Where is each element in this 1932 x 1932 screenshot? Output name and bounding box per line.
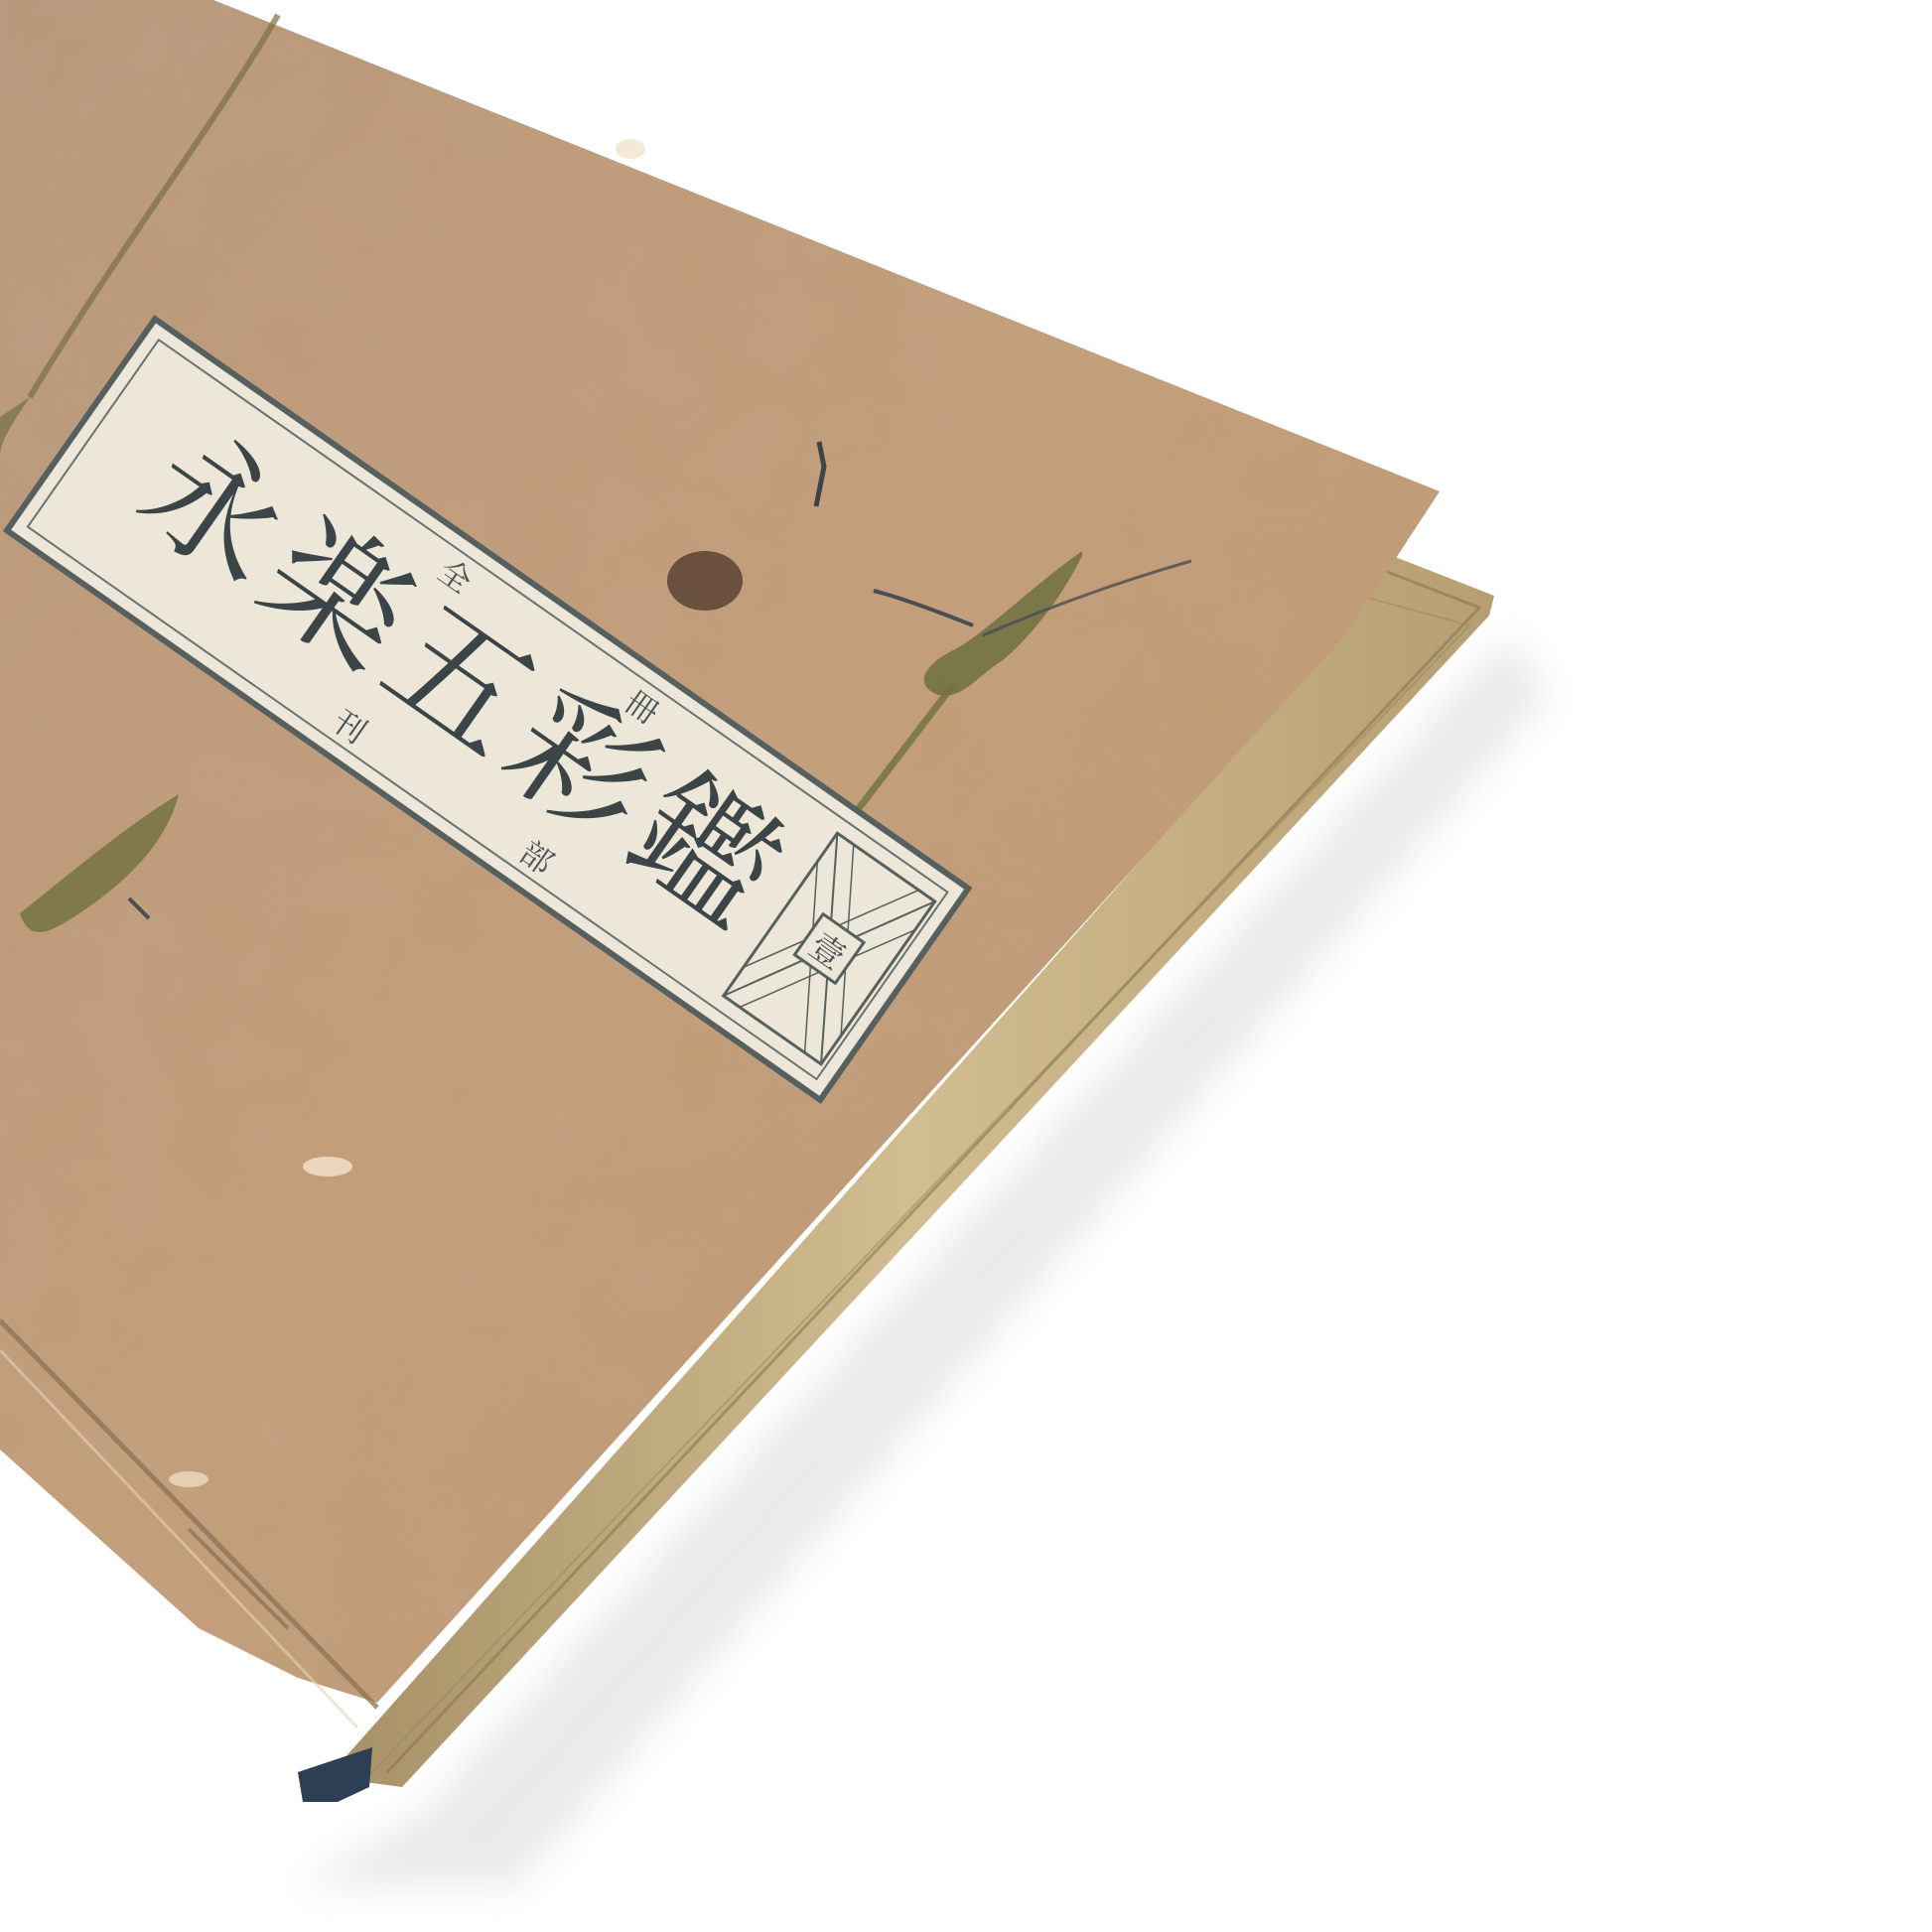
binding-corner-cloth [298, 1747, 372, 1802]
book-photo-scene: 永 楽 五 彩 鑑 筆 全 刊 部 冊 壹 [0, 0, 1932, 1932]
book-illustration: 永 楽 五 彩 鑑 筆 全 刊 部 冊 壹 [0, 0, 1932, 1932]
stain-spot [667, 551, 743, 611]
